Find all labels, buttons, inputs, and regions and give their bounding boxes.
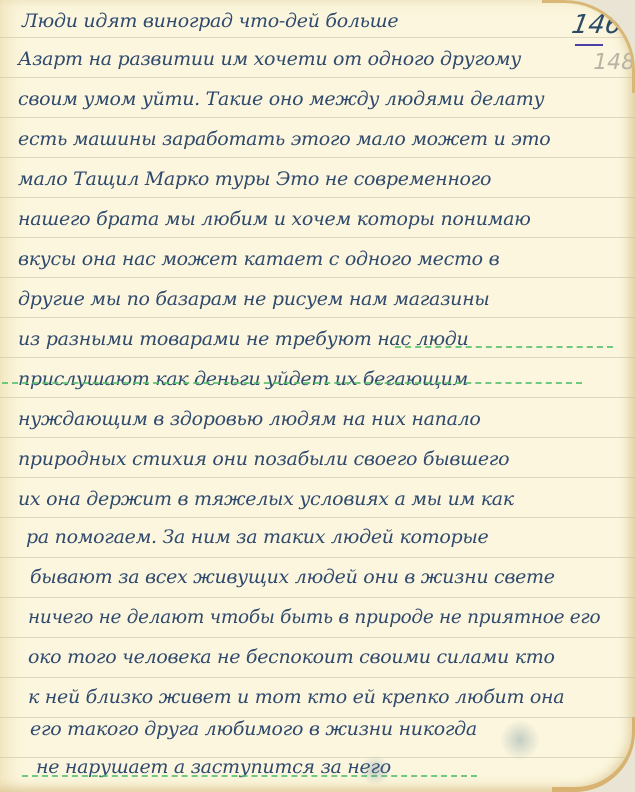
handwritten-line-6: нашего брата мы любим и хочем которы пон… [18,208,531,230]
ink-smudge [360,755,390,785]
handwritten-line-4: есть машины заработать этого мало может … [18,128,550,150]
handwritten-line-12: природных стихия они позабыли своего быв… [18,448,509,470]
handwritten-line-16: ничего не делают чтобы быть в природе не… [28,606,600,628]
handwritten-line-18: к ней близко живет и тот кто ей крепко л… [28,686,564,708]
handwritten-line-17: око того человека не беспокоит своими си… [28,646,555,668]
ruled-lines [0,0,635,792]
handwritten-line-2: Азарт на развитии им хочети от одного др… [18,48,521,70]
page-number-underline [575,44,603,46]
handwritten-line-5: мало Тащил Марко туры Это не современног… [18,168,491,190]
handwritten-line-11: нуждающим в здоровью людям на них напало [18,408,481,430]
section-divider [2,382,582,384]
notebook-page: 146 148 Люди идят виноград что-дей больш… [0,0,635,792]
handwritten-line-14: ра помогаем. За ним за таких людей котор… [26,526,488,548]
handwritten-line-8: другие мы по базарам не рисуем нам магаз… [18,288,489,310]
page-number: 146 [569,10,624,40]
section-end-underline [22,775,477,777]
handwritten-line-7: вкусы она нас может катает с одного мест… [18,248,499,270]
section-underline [395,346,613,348]
handwritten-line-19: его такого друга любимого в жизни никогд… [30,718,477,740]
handwritten-line-15: бывают за всех живущих людей они в жизни… [30,566,555,588]
handwritten-line-13: их она держит в тяжелых условиях а мы им… [18,488,514,510]
handwritten-line-1: Люди идят виноград что-дей больше [22,10,398,32]
pencil-page-number: 148 [590,50,635,75]
handwritten-line-10: прислушают как деньги уйдет их бегающим [18,368,468,390]
handwritten-line-3: своим умом уйти. Такие оно между людями … [18,88,544,110]
ink-smudge [500,720,540,760]
